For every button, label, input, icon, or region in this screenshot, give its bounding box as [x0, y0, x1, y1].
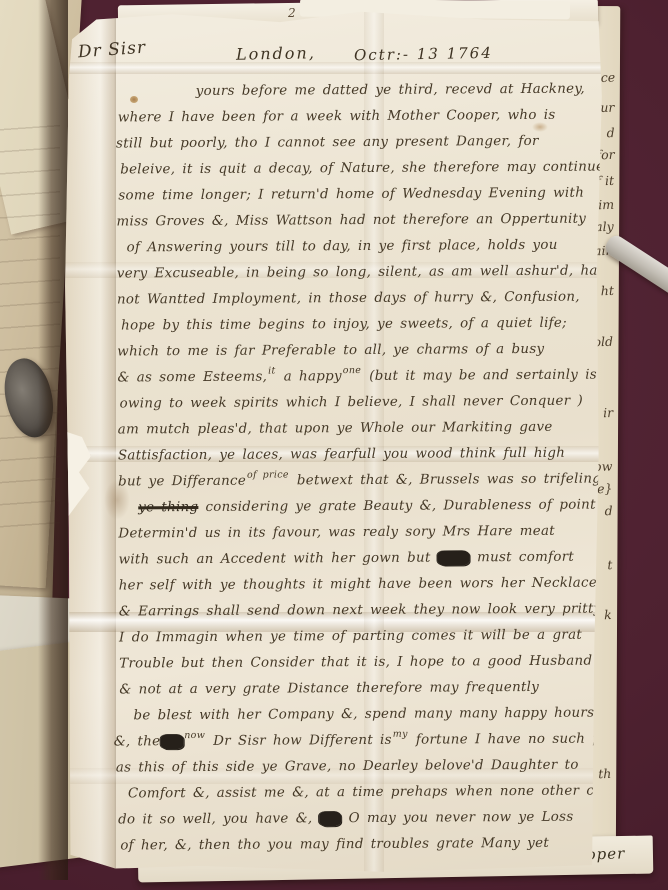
fold-mark: 2	[288, 6, 296, 20]
photograph: leaceyourdforf ithimialyainhtoldirmbwse}…	[0, 0, 668, 890]
letter-line: of Answering yours till to day, in ye fi…	[127, 233, 603, 262]
letter-line: very Excuseable, in being so long, silen…	[117, 259, 603, 288]
letter-line: & as some Esteems,it a happyone (but it …	[117, 363, 603, 392]
letter-line: beleive, it is quit a decay, of Nature, …	[120, 155, 602, 184]
letter-sheet: Dr Sisr London, Octr:- 13 1764 yours bef…	[64, 10, 604, 872]
letter-line: her self with ye thoughts it might have …	[119, 571, 605, 600]
letter-line: where I have been for a week with Mother…	[118, 103, 602, 132]
letter-line: of her, &, then tho you may find trouble…	[120, 831, 606, 860]
page-fragment: ir	[603, 405, 613, 420]
letter-line: & not at a very grate Distance therefore…	[119, 675, 605, 704]
page-fragment: th	[598, 766, 612, 781]
letter-line: with such an Accedent with her gown but …	[118, 545, 604, 574]
page-fragment: d	[606, 125, 614, 140]
letter-line: I do Immagin when ye time of parting com…	[119, 623, 605, 652]
letter-body: yours before me datted ye third, recevd …	[116, 77, 607, 860]
letter-line: still but poorly, tho I cannot see any p…	[116, 129, 602, 158]
letter-line: some time longer; I return'd home of Wed…	[118, 181, 602, 210]
page-fragment: k	[604, 607, 612, 622]
letter-line: hope by this time begins to injoy, ye sw…	[121, 311, 603, 340]
page-fragment: t	[607, 557, 612, 572]
letter-line: Trouble but then Consider that it is, I …	[119, 649, 605, 678]
letter-line: & Earrings shall send down next week the…	[119, 597, 605, 626]
place: London,	[236, 43, 316, 63]
letter-line: owing to week spirits which I believe, I…	[120, 389, 604, 418]
date: Octr:- 13 1764	[354, 44, 493, 64]
letter-line: Sattisfaction, ye laces, was fearfull yo…	[118, 441, 604, 470]
shadow-gap	[38, 0, 68, 880]
letter-line: not Wantted Imployment, in those days of…	[117, 285, 603, 314]
letter-line: yours before me datted ye third, recevd …	[196, 77, 602, 105]
letter-heading: Dr Sisr London, Octr:- 13 1764	[64, 40, 604, 70]
letter-line: Determin'd us in its favour, was realy s…	[118, 519, 604, 548]
letter-line: ye thing considering ye grate Beauty &, …	[138, 493, 604, 522]
letter-line: do it so well, you have &, to O may you …	[118, 805, 606, 834]
letter-line: Comfort &, assist me &, at a time prehap…	[128, 779, 606, 808]
letter-line: miss Groves &, Miss Wattson had not ther…	[116, 207, 602, 236]
letter-line: but ye Differanceof price betwext that &…	[118, 467, 604, 496]
page-fragment: d	[604, 503, 612, 518]
letter-line: as this of this side ye Grave, no Dearle…	[116, 753, 606, 782]
letter-line: am mutch pleas'd, that upon ye Whole our…	[118, 415, 604, 444]
letter-line: &, therenow Dr Sisr how Different ismy f…	[114, 727, 606, 756]
salutation: Dr Sisr	[77, 38, 146, 63]
page-fragment: ht	[600, 283, 614, 298]
